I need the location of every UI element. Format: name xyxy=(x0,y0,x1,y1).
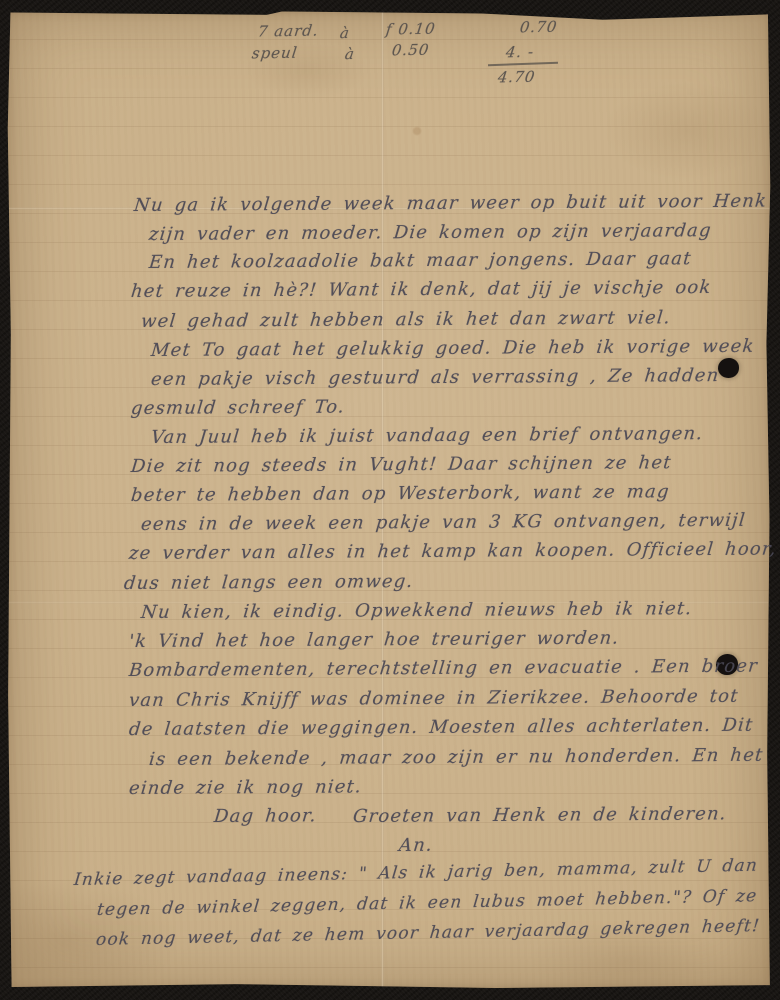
letter-line: zijn vader en moeder. Die komen op zijn … xyxy=(148,220,713,245)
letter-line: het reuze in hè?! Want ik denk, dat jij … xyxy=(130,277,713,302)
letter-line: de laatsten die weggingen. Moesten alles… xyxy=(128,715,754,740)
letter-greeting: Groeten van Henk en de kinderen. xyxy=(352,803,728,827)
letter-line: wel gehad zult hebben als ik het dan zwa… xyxy=(140,307,672,332)
annotation-item-1: 7 aard. xyxy=(257,21,320,40)
annotation-amount-1: 0.70 xyxy=(519,18,559,37)
punch-hole-top xyxy=(718,358,739,378)
letter-line: beter te hebben dan op Westerbork, want … xyxy=(130,481,671,506)
annotation-price-1: f 0.10 xyxy=(385,20,437,39)
letter-line: 'k Vind het hoe langer hoe treuriger wor… xyxy=(128,628,620,652)
letter-line: Van Juul heb ik juist vandaag een brief … xyxy=(150,423,704,448)
letter-line: Bombardementen, terechtstelling en evacu… xyxy=(128,656,759,681)
letter-line: Nu kien, ik eindig. Opwekkend nieuws heb… xyxy=(140,598,693,623)
letter-line: En het koolzaadolie bakt maar jongens. D… xyxy=(148,248,693,273)
annotation-item-2: speul xyxy=(251,44,299,63)
letter-line: Met To gaat het gelukkig goed. Die heb i… xyxy=(150,336,756,361)
letter-line: is een bekende , maar zoo zijn er nu hon… xyxy=(148,745,765,770)
letter-line: Nu ga ik volgende week maar weer op buit… xyxy=(133,191,768,216)
annotation-price-2: 0.50 xyxy=(391,41,431,60)
letter-line: eens in de week een pakje van 3 KG ontva… xyxy=(140,510,747,535)
letter-line: een pakje visch gestuurd als verrassing … xyxy=(150,365,720,390)
letter-line: gesmuld schreef To. xyxy=(130,396,346,419)
annotation-total: 4.70 xyxy=(497,68,537,87)
letter-closing: Dag hoor. xyxy=(213,805,318,827)
letter-line: dus niet langs een omweg. xyxy=(123,571,414,594)
letter-line: Die zit nog steeds in Vught! Daar schijn… xyxy=(130,452,673,477)
annotation-amount-2: 4. - xyxy=(505,43,535,62)
letter-line: van Chris Knijff was dominee in Zierikze… xyxy=(128,686,740,711)
letter-line: einde zie ik nog niet. xyxy=(128,776,363,799)
letter-signature: An. xyxy=(398,835,434,856)
